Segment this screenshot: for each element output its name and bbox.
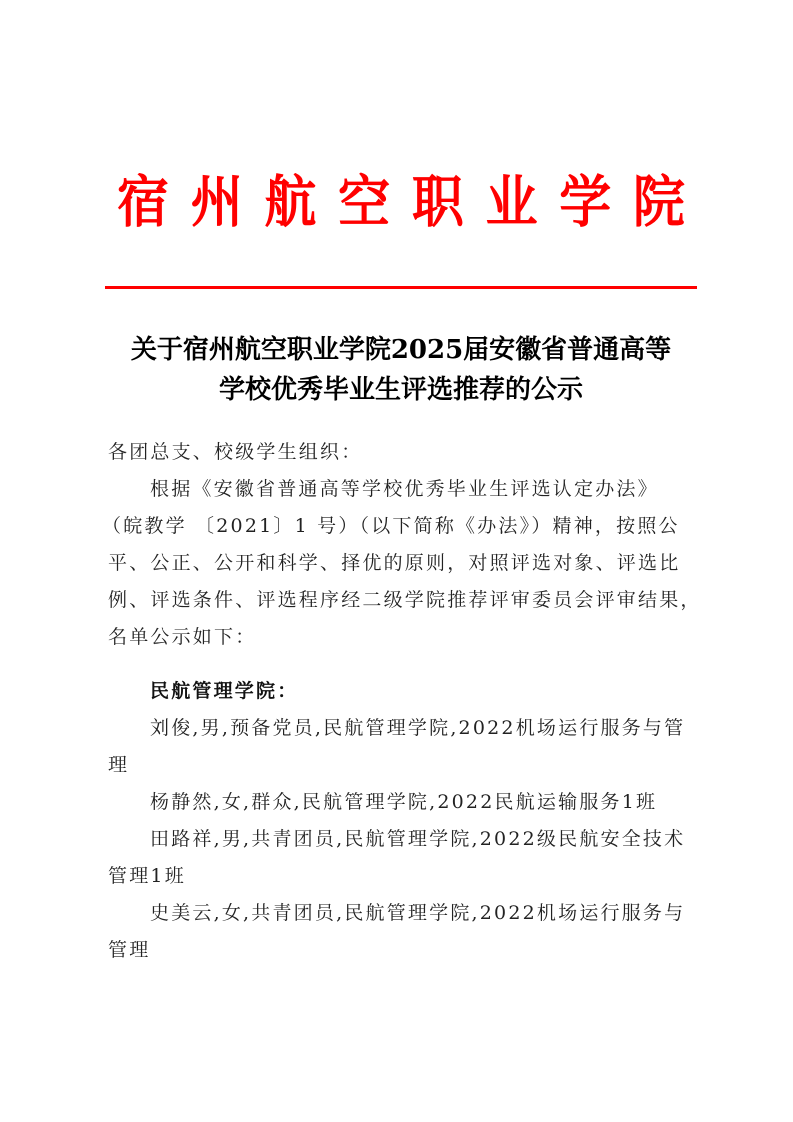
entry-line: 史美云,女,共青团员,民航管理学院,2022机场运行服务与 (108, 895, 708, 932)
document-title-line-1: 关于宿州航空职业学院2025届安徽省普通高等 (95, 330, 707, 370)
masthead-char: 职 (412, 171, 464, 236)
document-body: 各团总支、校级学生组织： 根据《安徽省普通高等学校优秀毕业生评选认定办法》 （皖… (108, 434, 708, 969)
entry-line-continuation: 管理1班 (108, 858, 708, 895)
salutation: 各团总支、校级学生组织： (108, 434, 708, 471)
section-heading: 民航管理学院： (108, 673, 708, 710)
red-divider-rule (105, 286, 697, 289)
masthead-char: 院 (633, 171, 685, 236)
document-title: 关于宿州航空职业学院2025届安徽省普通高等 学校优秀毕业生评选推荐的公示 (95, 330, 707, 410)
entry-line-continuation: 管理 (108, 932, 708, 969)
paragraph-line: 名单公示如下： (108, 619, 708, 656)
entry-line: 杨静然,女,群众,民航管理学院,2022民航运输服务1班 (108, 784, 708, 821)
paragraph-line: （皖教学 〔2021〕1 号）（以下简称《办法》）精神，按照公 (102, 508, 708, 545)
paragraph-line: 根据《安徽省普通高等学校优秀毕业生评选认定办法》 (108, 471, 708, 508)
list-item: 史美云,女,共青团员,民航管理学院,2022机场运行服务与 管理 (108, 895, 708, 969)
entry-line-continuation: 理 (108, 747, 708, 784)
masthead-char: 宿 (117, 171, 169, 236)
masthead-char: 航 (264, 171, 316, 236)
paragraph-line: 平、公正、公开和科学、择优的原则，对照评选对象、评选比 (108, 545, 708, 582)
entry-line: 田路祥,男,共青团员,民航管理学院,2022级民航安全技术 (108, 821, 708, 858)
list-item: 杨静然,女,群众,民航管理学院,2022民航运输服务1班 (108, 784, 708, 821)
masthead-char: 学 (559, 171, 611, 236)
list-item: 田路祥,男,共青团员,民航管理学院,2022级民航安全技术 管理1班 (108, 821, 708, 895)
masthead-char: 空 (338, 171, 390, 236)
entry-line: 刘俊,男,预备党员,民航管理学院,2022机场运行服务与管 (108, 710, 708, 747)
document-title-line-2: 学校优秀毕业生评选推荐的公示 (95, 370, 707, 410)
masthead-school-name: 宿 州 航 空 职 业 学 院 (105, 168, 697, 238)
paragraph-line: 例、评选条件、评选程序经二级学院推荐评审委员会评审结果， (108, 582, 708, 619)
masthead-char: 州 (191, 171, 243, 236)
list-item: 刘俊,男,预备党员,民航管理学院,2022机场运行服务与管 理 (108, 710, 708, 784)
masthead-char: 业 (486, 171, 538, 236)
